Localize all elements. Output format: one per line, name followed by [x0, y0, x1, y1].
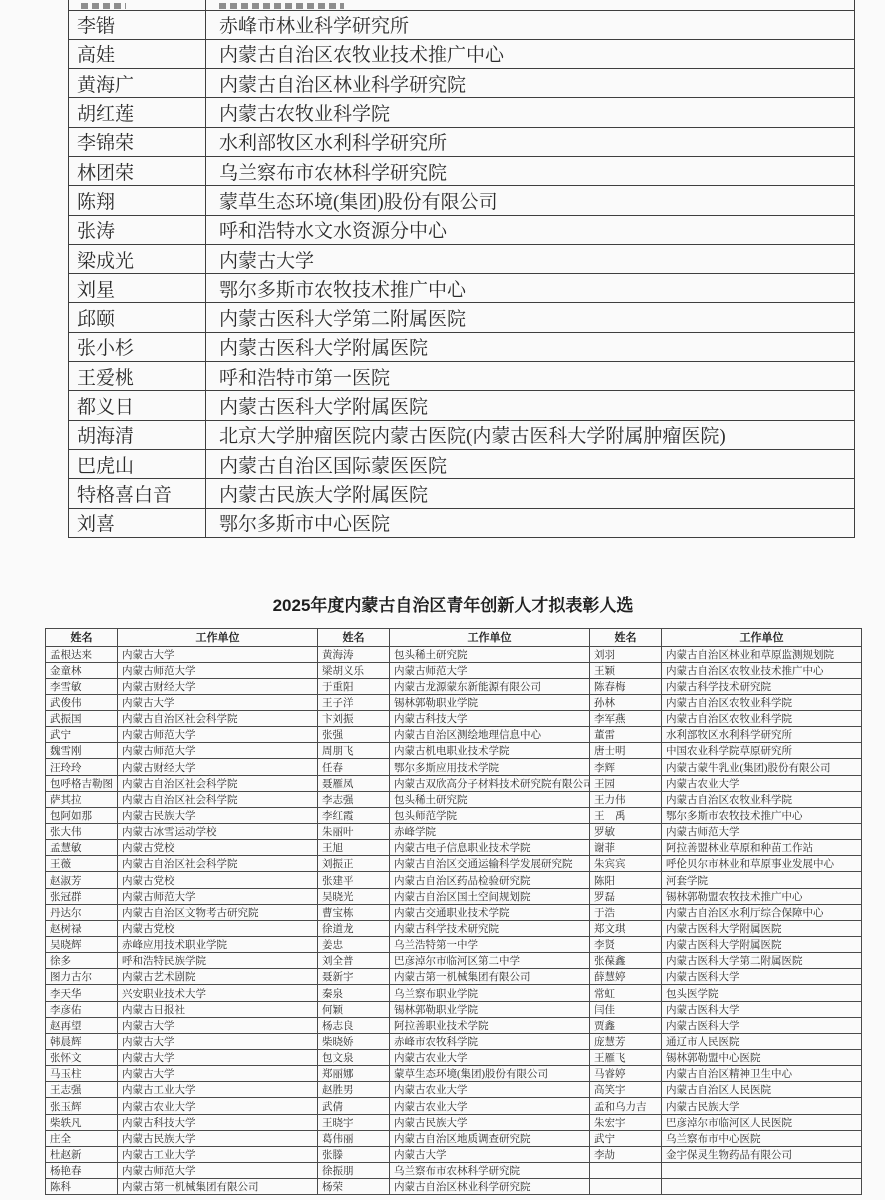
unit-cell: 呼和浩特市第一医院 [206, 362, 855, 391]
name-cell: 张强 [318, 727, 390, 743]
table-row: 陈翔蒙草生态环境(集团)股份有限公司 [69, 186, 855, 215]
name-cell: 聂雁凤 [318, 775, 390, 791]
name-cell: 罗敏 [590, 824, 662, 840]
unit-cell: 内蒙古冰雪运动学校 [118, 824, 318, 840]
unit-cell: 乌兰察布职业学院 [390, 985, 590, 1001]
unit-cell: 内蒙古自治区农牧业科学院 [662, 791, 862, 807]
table-row: 特格喜白音内蒙古民族大学附属医院 [69, 479, 855, 508]
unit-cell: 内蒙古自治区药品检验研究院 [390, 872, 590, 888]
table-row: 黄海广内蒙古自治区林业科学研究院 [69, 69, 855, 98]
unit-cell: 内蒙古电子信息职业技术学院 [390, 840, 590, 856]
unit-cell: 内蒙古民族大学 [390, 1114, 590, 1130]
table-row: 吴晓辉赤峰应用技术职业学院姜忠乌兰浩特第一中学李贤内蒙古医科大学附属医院 [46, 937, 862, 953]
table-row: 萨其拉内蒙古自治区社会科学院李志强包头稀土研究院王力伟内蒙古自治区农牧业科学院 [46, 791, 862, 807]
commendation-table: 李锴赤峰市林业科学研究所高娃内蒙古自治区农牧业技术推广中心黄海广内蒙古自治区林业… [68, 0, 855, 538]
unit-cell: 巴彦淖尔市临河区人民医院 [662, 1114, 862, 1130]
table-row: 张大伟内蒙古冰雪运动学校朱丽叶赤峰学院罗敏内蒙古师范大学 [46, 824, 862, 840]
table-row: 包呼格吉勒图内蒙古自治区社会科学院聂雁凤内蒙古双欣高分子材料技术研究院有限公司王… [46, 775, 862, 791]
name-cell: 张大伟 [46, 824, 118, 840]
name-cell: 刘星 [69, 274, 206, 303]
unit-cell: 赤峰市农牧科学院 [390, 1033, 590, 1049]
unit-cell: 锡林郭勒职业学院 [390, 1001, 590, 1017]
name-cell: 王晓宇 [318, 1114, 390, 1130]
unit-cell: 包头稀土研究院 [390, 646, 590, 662]
unit-cell [662, 1179, 862, 1195]
unit-cell: 内蒙古农业大学 [390, 1050, 590, 1066]
unit-cell: 阿拉善职业技术学院 [390, 1017, 590, 1033]
table-row: 赵再望内蒙古大学杨志良阿拉善职业技术学院贾鑫内蒙古医科大学 [46, 1017, 862, 1033]
unit-cell: 内蒙古党校 [118, 920, 318, 936]
table-row: 韩晨辉内蒙古大学柴晓娇赤峰市农牧科学院庞慧芳通辽市人民医院 [46, 1033, 862, 1049]
unit-cell: 金宇保灵生物药品有限公司 [662, 1146, 862, 1162]
unit-cell: 水利部牧区水利科学研究所 [662, 727, 862, 743]
name-cell: 李军燕 [590, 711, 662, 727]
unit-cell: 内蒙古自治区社会科学院 [118, 775, 318, 791]
name-cell: 唐士明 [590, 743, 662, 759]
name-cell: 徐多 [46, 953, 118, 969]
name-cell: 都义日 [69, 391, 206, 420]
unit-cell: 内蒙古科技大学 [118, 1114, 318, 1130]
unit-cell: 内蒙古自治区社会科学院 [118, 791, 318, 807]
name-cell: 张玉辉 [46, 1098, 118, 1114]
name-cell: 胡红莲 [69, 98, 206, 127]
name-cell: 张滕 [318, 1146, 390, 1162]
unit-cell: 赤峰市林业科学研究所 [206, 10, 855, 39]
clipped-unit-cell [206, 0, 855, 10]
header-cell-name: 姓名 [590, 629, 662, 647]
roster-table: 姓名工作单位姓名工作单位姓名工作单位 孟根达来内蒙古大学黄海涛包头稀土研究院刘羽… [45, 628, 862, 1195]
table-row: 杨艳春内蒙古师范大学徐振朋乌兰察布市农林科学研究院 [46, 1163, 862, 1179]
name-cell: 张怀文 [46, 1050, 118, 1066]
name-cell: 武俊伟 [46, 694, 118, 710]
name-cell: 武宁 [46, 727, 118, 743]
name-cell: 孟和乌力吉 [590, 1098, 662, 1114]
unit-cell: 内蒙古医科大学附属医院 [206, 332, 855, 361]
table-row: 庄全内蒙古民族大学葛伟丽内蒙古自治区地质调查研究院武宁乌兰察布市中心医院 [46, 1130, 862, 1146]
unit-cell: 内蒙古大学 [118, 1050, 318, 1066]
roster-title: 2025年度内蒙古自治区青年创新人才拟表彰人选 [45, 591, 861, 616]
unit-cell: 内蒙古第一机械集团有限公司 [118, 1179, 318, 1195]
name-cell: 王 禹 [590, 807, 662, 823]
unit-cell: 内蒙古自治区文物考古研究院 [118, 904, 318, 920]
name-cell: 秦泉 [318, 985, 390, 1001]
table-row: 张玉辉内蒙古农业大学武倩内蒙古农业大学孟和乌力吉内蒙古民族大学 [46, 1098, 862, 1114]
table-row: 张小杉内蒙古医科大学附属医院 [69, 332, 855, 361]
name-cell: 丹达尔 [46, 904, 118, 920]
unit-cell: 内蒙古科技大学 [390, 711, 590, 727]
name-cell: 罗磊 [590, 888, 662, 904]
name-cell: 张小杉 [69, 332, 206, 361]
name-cell: 何颖 [318, 1001, 390, 1017]
table-row: 邱颐内蒙古医科大学第二附属医院 [69, 303, 855, 332]
unit-cell: 内蒙古第一机械集团有限公司 [390, 969, 590, 985]
unit-cell: 内蒙古农业大学 [662, 775, 862, 791]
unit-cell: 鄂尔多斯应用技术学院 [390, 759, 590, 775]
table-row: 胡海清北京大学肿瘤医院内蒙古医院(内蒙古医科大学附属肿瘤医院) [69, 420, 855, 449]
table-row: 巴虎山内蒙古自治区国际蒙医医院 [69, 449, 855, 478]
name-cell: 巴虎山 [69, 449, 206, 478]
name-cell: 刘全普 [318, 953, 390, 969]
name-cell: 姜忠 [318, 937, 390, 953]
clipped-text-fragment [81, 3, 126, 9]
name-cell: 孟根达来 [46, 646, 118, 662]
unit-cell: 内蒙古师范大学 [118, 1163, 318, 1179]
document-page: { "colors": { "background": "#fafafa", "… [0, 0, 885, 1200]
unit-cell: 内蒙古大学 [390, 1146, 590, 1162]
unit-cell: 内蒙古医科大学第二附属医院 [662, 953, 862, 969]
table-row: 李锴赤峰市林业科学研究所 [69, 10, 855, 39]
unit-cell: 鄂尔多斯市农牧技术推广中心 [206, 274, 855, 303]
name-cell: 闫佳 [590, 1001, 662, 1017]
unit-cell: 赤峰学院 [390, 824, 590, 840]
table-row: 魏雪刚内蒙古师范大学周朋飞内蒙古机电职业技术学院唐士明中国农业科学院草原研究所 [46, 743, 862, 759]
unit-cell: 内蒙古自治区农牧业技术推广中心 [206, 39, 855, 68]
unit-cell: 内蒙古医科大学 [662, 1001, 862, 1017]
name-cell: 王力伟 [590, 791, 662, 807]
table-row: 图力古尔内蒙古艺术剧院聂新宇内蒙古第一机械集团有限公司薛慧婷内蒙古医科大学 [46, 969, 862, 985]
unit-cell: 河套学院 [662, 872, 862, 888]
name-cell: 陈科 [46, 1179, 118, 1195]
name-cell: 汪玲玲 [46, 759, 118, 775]
unit-cell: 包头医学院 [662, 985, 862, 1001]
unit-cell: 内蒙古财经大学 [118, 759, 318, 775]
table-row: 刘喜鄂尔多斯市中心医院 [69, 508, 855, 537]
table-row: 包阿如那内蒙古民族大学李红霞包头师范学院王 禹鄂尔多斯市农牧技术推广中心 [46, 807, 862, 823]
name-cell: 高笑宇 [590, 1082, 662, 1098]
name-cell: 徐道龙 [318, 920, 390, 936]
name-cell: 李锦荣 [69, 127, 206, 156]
unit-cell: 内蒙古自治区地质调查研究院 [390, 1130, 590, 1146]
name-cell: 朱丽叶 [318, 824, 390, 840]
name-cell: 王志强 [46, 1082, 118, 1098]
table-row: 张涛呼和浩特水文水资源分中心 [69, 215, 855, 244]
name-cell: 黄海广 [69, 69, 206, 98]
unit-cell: 内蒙古科学技术研究院 [662, 678, 862, 694]
name-cell: 聂新宇 [318, 969, 390, 985]
name-cell: 王爱桃 [69, 362, 206, 391]
table-row: 武宁内蒙古师范大学张强内蒙古自治区测绘地理信息中心董雷水利部牧区水利科学研究所 [46, 727, 862, 743]
name-cell: 朱宏宇 [590, 1114, 662, 1130]
name-cell [590, 1163, 662, 1179]
name-cell: 常虹 [590, 985, 662, 1001]
roster-header-row: 姓名工作单位姓名工作单位姓名工作单位 [46, 629, 862, 647]
unit-cell: 内蒙古自治区水利厅综合保障中心 [662, 904, 862, 920]
name-cell: 李天华 [46, 985, 118, 1001]
name-cell: 吴晓光 [318, 888, 390, 904]
unit-cell: 内蒙古自治区农牧业科学院 [662, 711, 862, 727]
unit-cell: 内蒙古师范大学 [118, 727, 318, 743]
unit-cell: 巴彦淖尔市临河区第二中学 [390, 953, 590, 969]
name-cell: 韩晨辉 [46, 1033, 118, 1049]
table-row: 孟根达来内蒙古大学黄海涛包头稀土研究院刘羽内蒙古自治区林业和草原监测规划院 [46, 646, 862, 662]
header-cell-name: 姓名 [46, 629, 118, 647]
unit-cell: 内蒙古农牧业科学院 [206, 98, 855, 127]
unit-cell: 内蒙古大学 [206, 244, 855, 273]
unit-cell: 内蒙古师范大学 [118, 888, 318, 904]
unit-cell: 内蒙古自治区国土空间规划院 [390, 888, 590, 904]
header-cell-name: 姓名 [318, 629, 390, 647]
unit-cell: 中国农业科学院草原研究所 [662, 743, 862, 759]
unit-cell: 包头师范学院 [390, 807, 590, 823]
unit-cell: 内蒙古自治区林业科学研究院 [206, 69, 855, 98]
name-cell: 陈春梅 [590, 678, 662, 694]
name-cell: 陈翔 [69, 186, 206, 215]
unit-cell: 内蒙古双欣高分子材料技术研究院有限公司 [390, 775, 590, 791]
name-cell: 王子洋 [318, 694, 390, 710]
unit-cell: 蒙草生态环境(集团)股份有限公司 [206, 186, 855, 215]
name-cell: 金童林 [46, 662, 118, 678]
table-row: 胡红莲内蒙古农牧业科学院 [69, 98, 855, 127]
name-cell: 葛伟丽 [318, 1130, 390, 1146]
unit-cell: 兴安职业技术大学 [118, 985, 318, 1001]
table-row: 梁成光内蒙古大学 [69, 244, 855, 273]
name-cell: 徐振朋 [318, 1163, 390, 1179]
unit-cell: 内蒙古自治区社会科学院 [118, 711, 318, 727]
name-cell: 陈阳 [590, 872, 662, 888]
unit-cell: 内蒙古师范大学 [118, 743, 318, 759]
name-cell: 张建平 [318, 872, 390, 888]
table-row: 王志强内蒙古工业大学赵胜男内蒙古农业大学高笑宇内蒙古自治区人民医院 [46, 1082, 862, 1098]
unit-cell: 内蒙古龙源蒙东新能源有限公司 [390, 678, 590, 694]
unit-cell: 内蒙古师范大学 [118, 662, 318, 678]
name-cell: 庞慧芳 [590, 1033, 662, 1049]
name-cell: 庄全 [46, 1130, 118, 1146]
name-cell: 王旭 [318, 840, 390, 856]
unit-cell: 蒙草生态环境(集团)股份有限公司 [390, 1066, 590, 1082]
unit-cell: 内蒙古医科大学 [662, 1017, 862, 1033]
unit-cell: 呼伦贝尔市林业和草原事业发展中心 [662, 856, 862, 872]
unit-cell: 内蒙古自治区人民医院 [662, 1082, 862, 1098]
unit-cell: 乌兰浩特第一中学 [390, 937, 590, 953]
name-cell: 于浩 [590, 904, 662, 920]
table-row: 李天华兴安职业技术大学秦泉乌兰察布职业学院常虹包头医学院 [46, 985, 862, 1001]
name-cell: 贾鑫 [590, 1017, 662, 1033]
table-row: 王薇内蒙古自治区社会科学院刘振正内蒙古自治区交通运输科学发展研究院朱宾宾呼伦贝尔… [46, 856, 862, 872]
name-cell: 王颖 [590, 662, 662, 678]
name-cell: 梁胡义乐 [318, 662, 390, 678]
table-row: 李彦佑内蒙古日报社何颖锡林郭勒职业学院闫佳内蒙古医科大学 [46, 1001, 862, 1017]
unit-cell: 内蒙古农业大学 [390, 1098, 590, 1114]
unit-cell: 内蒙古民族大学附属医院 [206, 479, 855, 508]
name-cell: 马睿婷 [590, 1066, 662, 1082]
name-cell: 李锴 [69, 10, 206, 39]
unit-cell: 呼和浩特水文水资源分中心 [206, 215, 855, 244]
unit-cell: 内蒙古农业大学 [390, 1082, 590, 1098]
name-cell: 图力古尔 [46, 969, 118, 985]
table-row: 刘星鄂尔多斯市农牧技术推广中心 [69, 274, 855, 303]
unit-cell: 内蒙古师范大学 [390, 662, 590, 678]
name-cell: 郑文琪 [590, 920, 662, 936]
table-row: 张怀文内蒙古大学包文泉内蒙古农业大学王雁飞锡林郭勒盟中心医院 [46, 1050, 862, 1066]
header-cell-unit: 工作单位 [118, 629, 318, 647]
name-cell: 柴轶凡 [46, 1114, 118, 1130]
table-row: 赵树禄内蒙古党校徐道龙内蒙古科学技术研究院郑文琪内蒙古医科大学附属医院 [46, 920, 862, 936]
name-cell: 邱颐 [69, 303, 206, 332]
unit-cell: 内蒙古蒙牛乳业(集团)股份有限公司 [662, 759, 862, 775]
unit-cell: 内蒙古自治区农牧业科学院 [662, 694, 862, 710]
name-cell: 孙林 [590, 694, 662, 710]
name-cell: 马玉柱 [46, 1066, 118, 1082]
unit-cell: 阿拉善盟林业草原和种苗工作站 [662, 840, 862, 856]
name-cell: 包呼格吉勒图 [46, 775, 118, 791]
name-cell: 赵树禄 [46, 920, 118, 936]
name-cell: 李辉 [590, 759, 662, 775]
unit-cell: 内蒙古艺术剧院 [118, 969, 318, 985]
unit-cell: 北京大学肿瘤医院内蒙古医院(内蒙古医科大学附属肿瘤医院) [206, 420, 855, 449]
name-cell: 包阿如那 [46, 807, 118, 823]
unit-cell: 内蒙古医科大学附属医院 [662, 920, 862, 936]
table-row: 汪玲玲内蒙古财经大学任春鄂尔多斯应用技术学院李辉内蒙古蒙牛乳业(集团)股份有限公… [46, 759, 862, 775]
name-cell: 萨其拉 [46, 791, 118, 807]
name-cell: 刘振正 [318, 856, 390, 872]
unit-cell: 呼和浩特民族学院 [118, 953, 318, 969]
name-cell: 朱宾宾 [590, 856, 662, 872]
unit-cell [662, 1163, 862, 1179]
name-cell: 张涛 [69, 215, 206, 244]
unit-cell: 内蒙古党校 [118, 872, 318, 888]
table-row: 柴轶凡内蒙古科技大学王晓宇内蒙古民族大学朱宏宇巴彦淖尔市临河区人民医院 [46, 1114, 862, 1130]
unit-cell: 内蒙古民族大学 [662, 1098, 862, 1114]
unit-cell: 鄂尔多斯市中心医院 [206, 508, 855, 537]
unit-cell: 通辽市人民医院 [662, 1033, 862, 1049]
unit-cell: 锡林郭勒盟中心医院 [662, 1050, 862, 1066]
table-row: 马玉柱内蒙古大学郑丽娜蒙草生态环境(集团)股份有限公司马睿婷内蒙古自治区精神卫生… [46, 1066, 862, 1082]
name-cell: 高娃 [69, 39, 206, 68]
unit-cell: 内蒙古医科大学附属医院 [206, 391, 855, 420]
table-row: 张冠群内蒙古师范大学吴晓光内蒙古自治区国土空间规划院罗磊锡林郭勒盟农牧技术推广中… [46, 888, 862, 904]
unit-cell: 内蒙古师范大学 [662, 824, 862, 840]
unit-cell: 内蒙古民族大学 [118, 1130, 318, 1146]
unit-cell: 乌兰察布市农林科学研究院 [206, 156, 855, 185]
name-cell: 任春 [318, 759, 390, 775]
name-cell: 黄海涛 [318, 646, 390, 662]
unit-cell: 内蒙古大学 [118, 1017, 318, 1033]
name-cell: 李劼 [590, 1146, 662, 1162]
table-row: 林团荣乌兰察布市农林科学研究院 [69, 156, 855, 185]
name-cell: 魏雪刚 [46, 743, 118, 759]
name-cell: 特格喜白音 [69, 479, 206, 508]
table-row: 金童林内蒙古师范大学梁胡义乐内蒙古师范大学王颖内蒙古自治区农牧业技术推广中心 [46, 662, 862, 678]
name-cell: 柴晓娇 [318, 1033, 390, 1049]
table-row: 高娃内蒙古自治区农牧业技术推广中心 [69, 39, 855, 68]
unit-cell: 内蒙古自治区林业科学研究院 [390, 1179, 590, 1195]
name-cell: 周朋飞 [318, 743, 390, 759]
name-cell: 谢菲 [590, 840, 662, 856]
unit-cell: 鄂尔多斯市农牧技术推广中心 [662, 807, 862, 823]
name-cell: 张冠群 [46, 888, 118, 904]
unit-cell: 水利部牧区水利科学研究所 [206, 127, 855, 156]
unit-cell: 内蒙古大学 [118, 694, 318, 710]
unit-cell: 内蒙古自治区精神卫生中心 [662, 1066, 862, 1082]
table-row: 武振国内蒙古自治区社会科学院卞刘振内蒙古科技大学李军燕内蒙古自治区农牧业科学院 [46, 711, 862, 727]
name-cell: 李彦佑 [46, 1001, 118, 1017]
name-cell: 林团荣 [69, 156, 206, 185]
table-row: 赵淑芳内蒙古党校张建平内蒙古自治区药品检验研究院陈阳河套学院 [46, 872, 862, 888]
name-cell: 吴晓辉 [46, 937, 118, 953]
name-cell [590, 1179, 662, 1195]
name-cell: 卞刘振 [318, 711, 390, 727]
unit-cell: 包头稀土研究院 [390, 791, 590, 807]
name-cell: 孟慧敏 [46, 840, 118, 856]
unit-cell: 锡林郭勒职业学院 [390, 694, 590, 710]
name-cell: 杨志良 [318, 1017, 390, 1033]
unit-cell: 内蒙古大学 [118, 1066, 318, 1082]
unit-cell: 内蒙古医科大学附属医院 [662, 937, 862, 953]
unit-cell: 内蒙古医科大学第二附属医院 [206, 303, 855, 332]
name-cell: 杜赵新 [46, 1146, 118, 1162]
name-cell: 赵胜男 [318, 1082, 390, 1098]
unit-cell: 内蒙古自治区交通运输科学发展研究院 [390, 856, 590, 872]
name-cell: 张葆鑫 [590, 953, 662, 969]
name-cell: 于重阳 [318, 678, 390, 694]
unit-cell: 内蒙古日报社 [118, 1001, 318, 1017]
unit-cell: 内蒙古民族大学 [118, 807, 318, 823]
name-cell: 包文泉 [318, 1050, 390, 1066]
unit-cell: 内蒙古党校 [118, 840, 318, 856]
table-row: 王爱桃呼和浩特市第一医院 [69, 362, 855, 391]
header-cell-unit: 工作单位 [662, 629, 862, 647]
unit-cell: 内蒙古医科大学 [662, 969, 862, 985]
unit-cell: 内蒙古自治区农牧业技术推广中心 [662, 662, 862, 678]
unit-cell: 内蒙古自治区林业和草原监测规划院 [662, 646, 862, 662]
unit-cell: 乌兰察布市农林科学研究院 [390, 1163, 590, 1179]
table-row: 徐多呼和浩特民族学院刘全普巴彦淖尔市临河区第二中学张葆鑫内蒙古医科大学第二附属医… [46, 953, 862, 969]
name-cell: 武宁 [590, 1130, 662, 1146]
name-cell: 李红霞 [318, 807, 390, 823]
clipped-text-fragment [219, 3, 344, 9]
unit-cell: 乌兰察布市中心医院 [662, 1130, 862, 1146]
table-row: 都义日内蒙古医科大学附属医院 [69, 391, 855, 420]
name-cell: 董雷 [590, 727, 662, 743]
name-cell: 武振国 [46, 711, 118, 727]
unit-cell: 内蒙古工业大学 [118, 1146, 318, 1162]
unit-cell: 内蒙古交通职业技术学院 [390, 904, 590, 920]
unit-cell: 内蒙古科学技术研究院 [390, 920, 590, 936]
name-cell: 王园 [590, 775, 662, 791]
table-row: 孟慧敏内蒙古党校王旭内蒙古电子信息职业技术学院谢菲阿拉善盟林业草原和种苗工作站 [46, 840, 862, 856]
unit-cell: 内蒙古农业大学 [118, 1098, 318, 1114]
name-cell: 曹宝栋 [318, 904, 390, 920]
name-cell: 梁成光 [69, 244, 206, 273]
unit-cell: 锡林郭勒盟农牧技术推广中心 [662, 888, 862, 904]
name-cell: 武倩 [318, 1098, 390, 1114]
name-cell: 李志强 [318, 791, 390, 807]
name-cell: 王薇 [46, 856, 118, 872]
name-cell: 刘喜 [69, 508, 206, 537]
name-cell: 杨荣 [318, 1179, 390, 1195]
clipped-name-cell [69, 0, 206, 10]
table-row: 丹达尔内蒙古自治区文物考古研究院曹宝栋内蒙古交通职业技术学院于浩内蒙古自治区水利… [46, 904, 862, 920]
unit-cell: 内蒙古机电职业技术学院 [390, 743, 590, 759]
unit-cell: 内蒙古工业大学 [118, 1082, 318, 1098]
unit-cell: 内蒙古大学 [118, 646, 318, 662]
name-cell: 杨艳春 [46, 1163, 118, 1179]
name-cell: 胡海清 [69, 420, 206, 449]
name-cell: 赵再望 [46, 1017, 118, 1033]
unit-cell: 内蒙古财经大学 [118, 678, 318, 694]
unit-cell: 内蒙古大学 [118, 1033, 318, 1049]
unit-cell: 内蒙古自治区社会科学院 [118, 856, 318, 872]
clipped-table-row [69, 0, 855, 10]
table-row: 李锦荣水利部牧区水利科学研究所 [69, 127, 855, 156]
table-row: 陈科内蒙古第一机械集团有限公司杨荣内蒙古自治区林业科学研究院 [46, 1179, 862, 1195]
name-cell: 郑丽娜 [318, 1066, 390, 1082]
table-row: 杜赵新内蒙古工业大学张滕内蒙古大学李劼金宇保灵生物药品有限公司 [46, 1146, 862, 1162]
table-row: 李雪敏内蒙古财经大学于重阳内蒙古龙源蒙东新能源有限公司陈春梅内蒙古科学技术研究院 [46, 678, 862, 694]
name-cell: 李贤 [590, 937, 662, 953]
header-cell-unit: 工作单位 [390, 629, 590, 647]
name-cell: 赵淑芳 [46, 872, 118, 888]
